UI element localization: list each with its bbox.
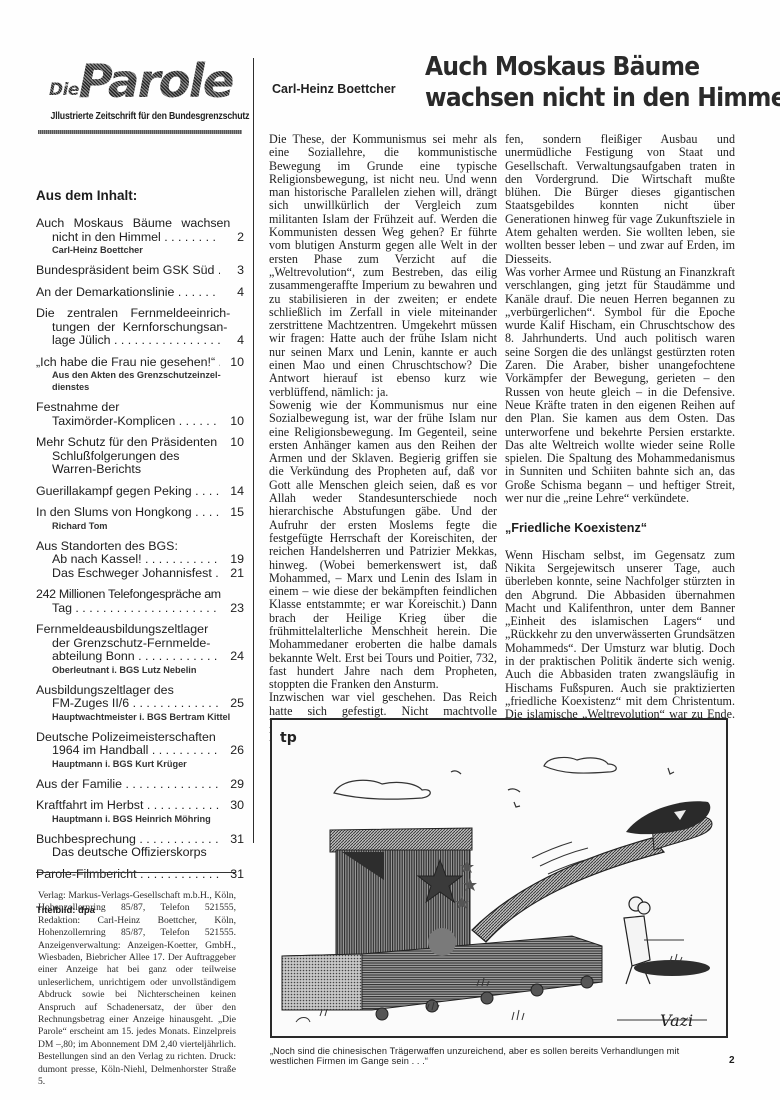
magazine-subtitle: Jllustrierte Zeitschrift für den Bundesg…: [51, 111, 230, 122]
toc-page: 4: [220, 334, 244, 348]
toc-page: 26: [220, 744, 244, 758]
toc-heading: Aus dem Inhalt:: [36, 188, 244, 203]
toc-title: Aus Standorten des BGS:: [36, 540, 244, 554]
cloud-icon: [544, 758, 616, 774]
toc-author: Carl-Heinz Boettcher: [36, 244, 244, 256]
toc-title: „Ich habe die Frau nie gesehen!“: [36, 356, 220, 370]
cloud-icon: [334, 780, 430, 799]
logo-parole: Parole: [78, 58, 232, 104]
toc-entry[interactable]: 242 Millionen Telefongespräche am Tag23: [36, 588, 244, 615]
toc-title: In den Slums von Hongkong: [36, 506, 220, 520]
toc-entry[interactable]: Fernmeldeausbildungszeltlager der Grenzs…: [36, 623, 244, 676]
toc-entry[interactable]: Festnahme der Taximörder-Komplicen10: [36, 401, 244, 428]
toc-page: 4: [220, 286, 244, 300]
toc-subtitle: Warren-Berichts: [36, 463, 244, 477]
toc-title: Festnahme der: [36, 401, 244, 415]
toc-title: Das Eschweger Johannisfest: [52, 567, 220, 581]
toc-author: Hauptmann i. BGS Heinrich Möhring: [36, 813, 244, 825]
toc-entry[interactable]: Guerillakampf gegen Peking14: [36, 485, 244, 499]
toc-title: Tag: [52, 602, 220, 616]
toc-page: 30: [220, 799, 244, 813]
toc-page: 23: [220, 602, 244, 616]
toc-title: Aus der Familie: [36, 778, 220, 792]
toc-page: 24: [220, 650, 244, 664]
imprint-divider: [36, 872, 236, 873]
toc-title: abteilung Bonn: [52, 650, 220, 664]
toc-entry[interactable]: Bundespräsident beim GSK Süd3: [36, 264, 244, 278]
toc-author: Aus den Akten des Grenzschutzeinzel-dien…: [36, 369, 226, 393]
toc-author: Oberleutnant i. BGS Lutz Nebelin: [36, 664, 244, 676]
cartoonist-signature: Vazi: [660, 1011, 693, 1030]
toc-title: Guerillakampf gegen Peking: [36, 485, 220, 499]
toc-subtitle: Das deutsche Offizierskorps: [36, 846, 244, 860]
toc-title: 242 Millionen Telefongespräche am: [36, 588, 244, 602]
toc-entry[interactable]: In den Slums von Hongkong15 Richard Tom: [36, 506, 244, 532]
article-subheading: „Friedliche Koexistenz“: [505, 522, 735, 535]
toc-title: Bundespräsident beim GSK Süd: [36, 264, 220, 278]
toc-title: Parole-Filmbericht: [36, 868, 220, 882]
paragraph: Die These, der Kommunismus sei mehr als …: [269, 133, 497, 399]
toc-title: FM-Zuges II/6: [52, 697, 220, 711]
paragraph: Wenn Hischam selbst, im Gegensatz zum Ni…: [505, 549, 735, 735]
toc-title: An der Demarkationslinie: [36, 286, 220, 300]
toc-entry[interactable]: „Ich habe die Frau nie gesehen!“10 Aus d…: [36, 356, 244, 394]
toc-page: 29: [220, 778, 244, 792]
toc-title: nicht in den Himmel: [52, 231, 220, 245]
paragraph: Sowenig wie der Kommunismus nur eine Soz…: [269, 399, 497, 692]
table-of-contents: Aus dem Inhalt: Auch Moskaus Bäume wachs…: [36, 188, 244, 916]
toc-page: 31: [220, 868, 244, 882]
cartoon-caption: „Noch sind die chinesischen Trägerwaffen…: [270, 1046, 720, 1066]
paragraph: Was vorher Armee und Rüstung an Finanzkr…: [505, 266, 735, 505]
article-column-1: Die These, der Kommunismus sei mehr als …: [269, 133, 497, 693]
toc-author: Hauptwachtmeister i. BGS Bertram Kittel: [36, 711, 244, 723]
toc-author: Hauptmann i. BGS Kurt Krüger: [36, 758, 244, 770]
toc-entry[interactable]: Mehr Schutz für den Präsidenten10 Schluß…: [36, 436, 244, 477]
toc-entry[interactable]: Parole-Filmbericht31: [36, 868, 244, 882]
political-cartoon: tp: [270, 718, 728, 1038]
toc-title: Buchbesprechung: [36, 833, 220, 847]
toc-title: der Grenzschutz-Fernmelde-: [52, 637, 244, 651]
toc-entry[interactable]: Aus Standorten des BGS: Ab nach Kassel!1…: [36, 540, 244, 581]
toc-entry[interactable]: Deutsche Polizeimeisterschaften 1964 im …: [36, 731, 244, 770]
toc-title: Fernmeldeausbildungszeltlager: [36, 623, 244, 637]
toc-page: 2: [220, 231, 244, 245]
magazine-logo: Die Parole: [36, 52, 244, 104]
toc-title: lage Jülich: [52, 334, 220, 348]
toc-entry[interactable]: Buchbesprechung31 Das deutsche Offiziers…: [36, 833, 244, 860]
toc-title: tungen der Kernforschungsan-: [52, 321, 244, 335]
toc-title: Mehr Schutz für den Präsidenten: [36, 436, 220, 450]
toc-page: 10: [220, 415, 244, 429]
toc-page: 25: [220, 697, 244, 711]
article-headline: Auch Moskaus Bäume wachsen nicht in den …: [425, 52, 695, 114]
toc-title: Die zentralen Fernmeldeeinrich-: [36, 307, 244, 321]
toc-title: Ab nach Kassel!: [52, 553, 220, 567]
page-number: 2: [729, 1055, 735, 1066]
toc-title: Taximörder-Komplicen: [52, 415, 220, 429]
publisher-imprint: Verlag: Markus-Verlags-Gesellschaft m.b.…: [38, 890, 236, 1089]
masthead-rule: [38, 130, 242, 134]
toc-title: Auch Moskaus Bäume wachsen: [36, 217, 244, 231]
toc-page: 10: [220, 356, 244, 370]
masthead: Die Parole Jllustrierte Zeitschrift für …: [36, 52, 244, 134]
headline-line: Auch Moskaus Bäume: [425, 52, 695, 83]
toc-title: 1964 im Handball: [52, 744, 220, 758]
article-column-2: fen, sondern fleißiger Ausbau und unermü…: [505, 133, 735, 735]
toc-title: Ausbildungszeltlager des: [36, 684, 244, 698]
sidebar: Die Parole Jllustrierte Zeitschrift für …: [36, 52, 244, 916]
toc-title: Deutsche Polizeimeisterschaften: [36, 731, 244, 745]
toc-entry[interactable]: Auch Moskaus Bäume wachsen nicht in den …: [36, 217, 244, 256]
toc-entry[interactable]: Ausbildungszeltlager des FM-Zuges II/625…: [36, 684, 244, 723]
headline-line: wachsen nicht in den Himmel: [425, 83, 695, 114]
toc-title: Kraftfahrt im Herbst: [36, 799, 220, 813]
logo-die: Die: [49, 80, 79, 100]
column-divider: [253, 58, 254, 843]
toc-author: Richard Tom: [36, 520, 244, 532]
article-byline: Carl-Heinz Boettcher: [272, 82, 396, 96]
toc-page: 14: [220, 485, 244, 499]
toc-entry[interactable]: Die zentralen Fernmeldeeinrich- tungen d…: [36, 307, 244, 348]
cartoon-agency-mark: tp: [280, 730, 297, 746]
toc-page: 3: [220, 264, 244, 278]
toc-entry[interactable]: Aus der Familie29: [36, 778, 244, 792]
toc-page: 10: [220, 436, 244, 450]
toc-page: 15: [220, 506, 244, 520]
toc-page: 31: [220, 833, 244, 847]
toc-page: 19: [220, 553, 244, 567]
paragraph: fen, sondern fleißiger Ausbau und unermü…: [505, 133, 735, 266]
toc-entry[interactable]: Kraftfahrt im Herbst30 Hauptmann i. BGS …: [36, 799, 244, 825]
toc-page: 21: [220, 567, 244, 581]
toc-subtitle: Schlußfolgerungen des: [36, 450, 244, 464]
toc-entry[interactable]: An der Demarkationslinie4: [36, 286, 244, 300]
